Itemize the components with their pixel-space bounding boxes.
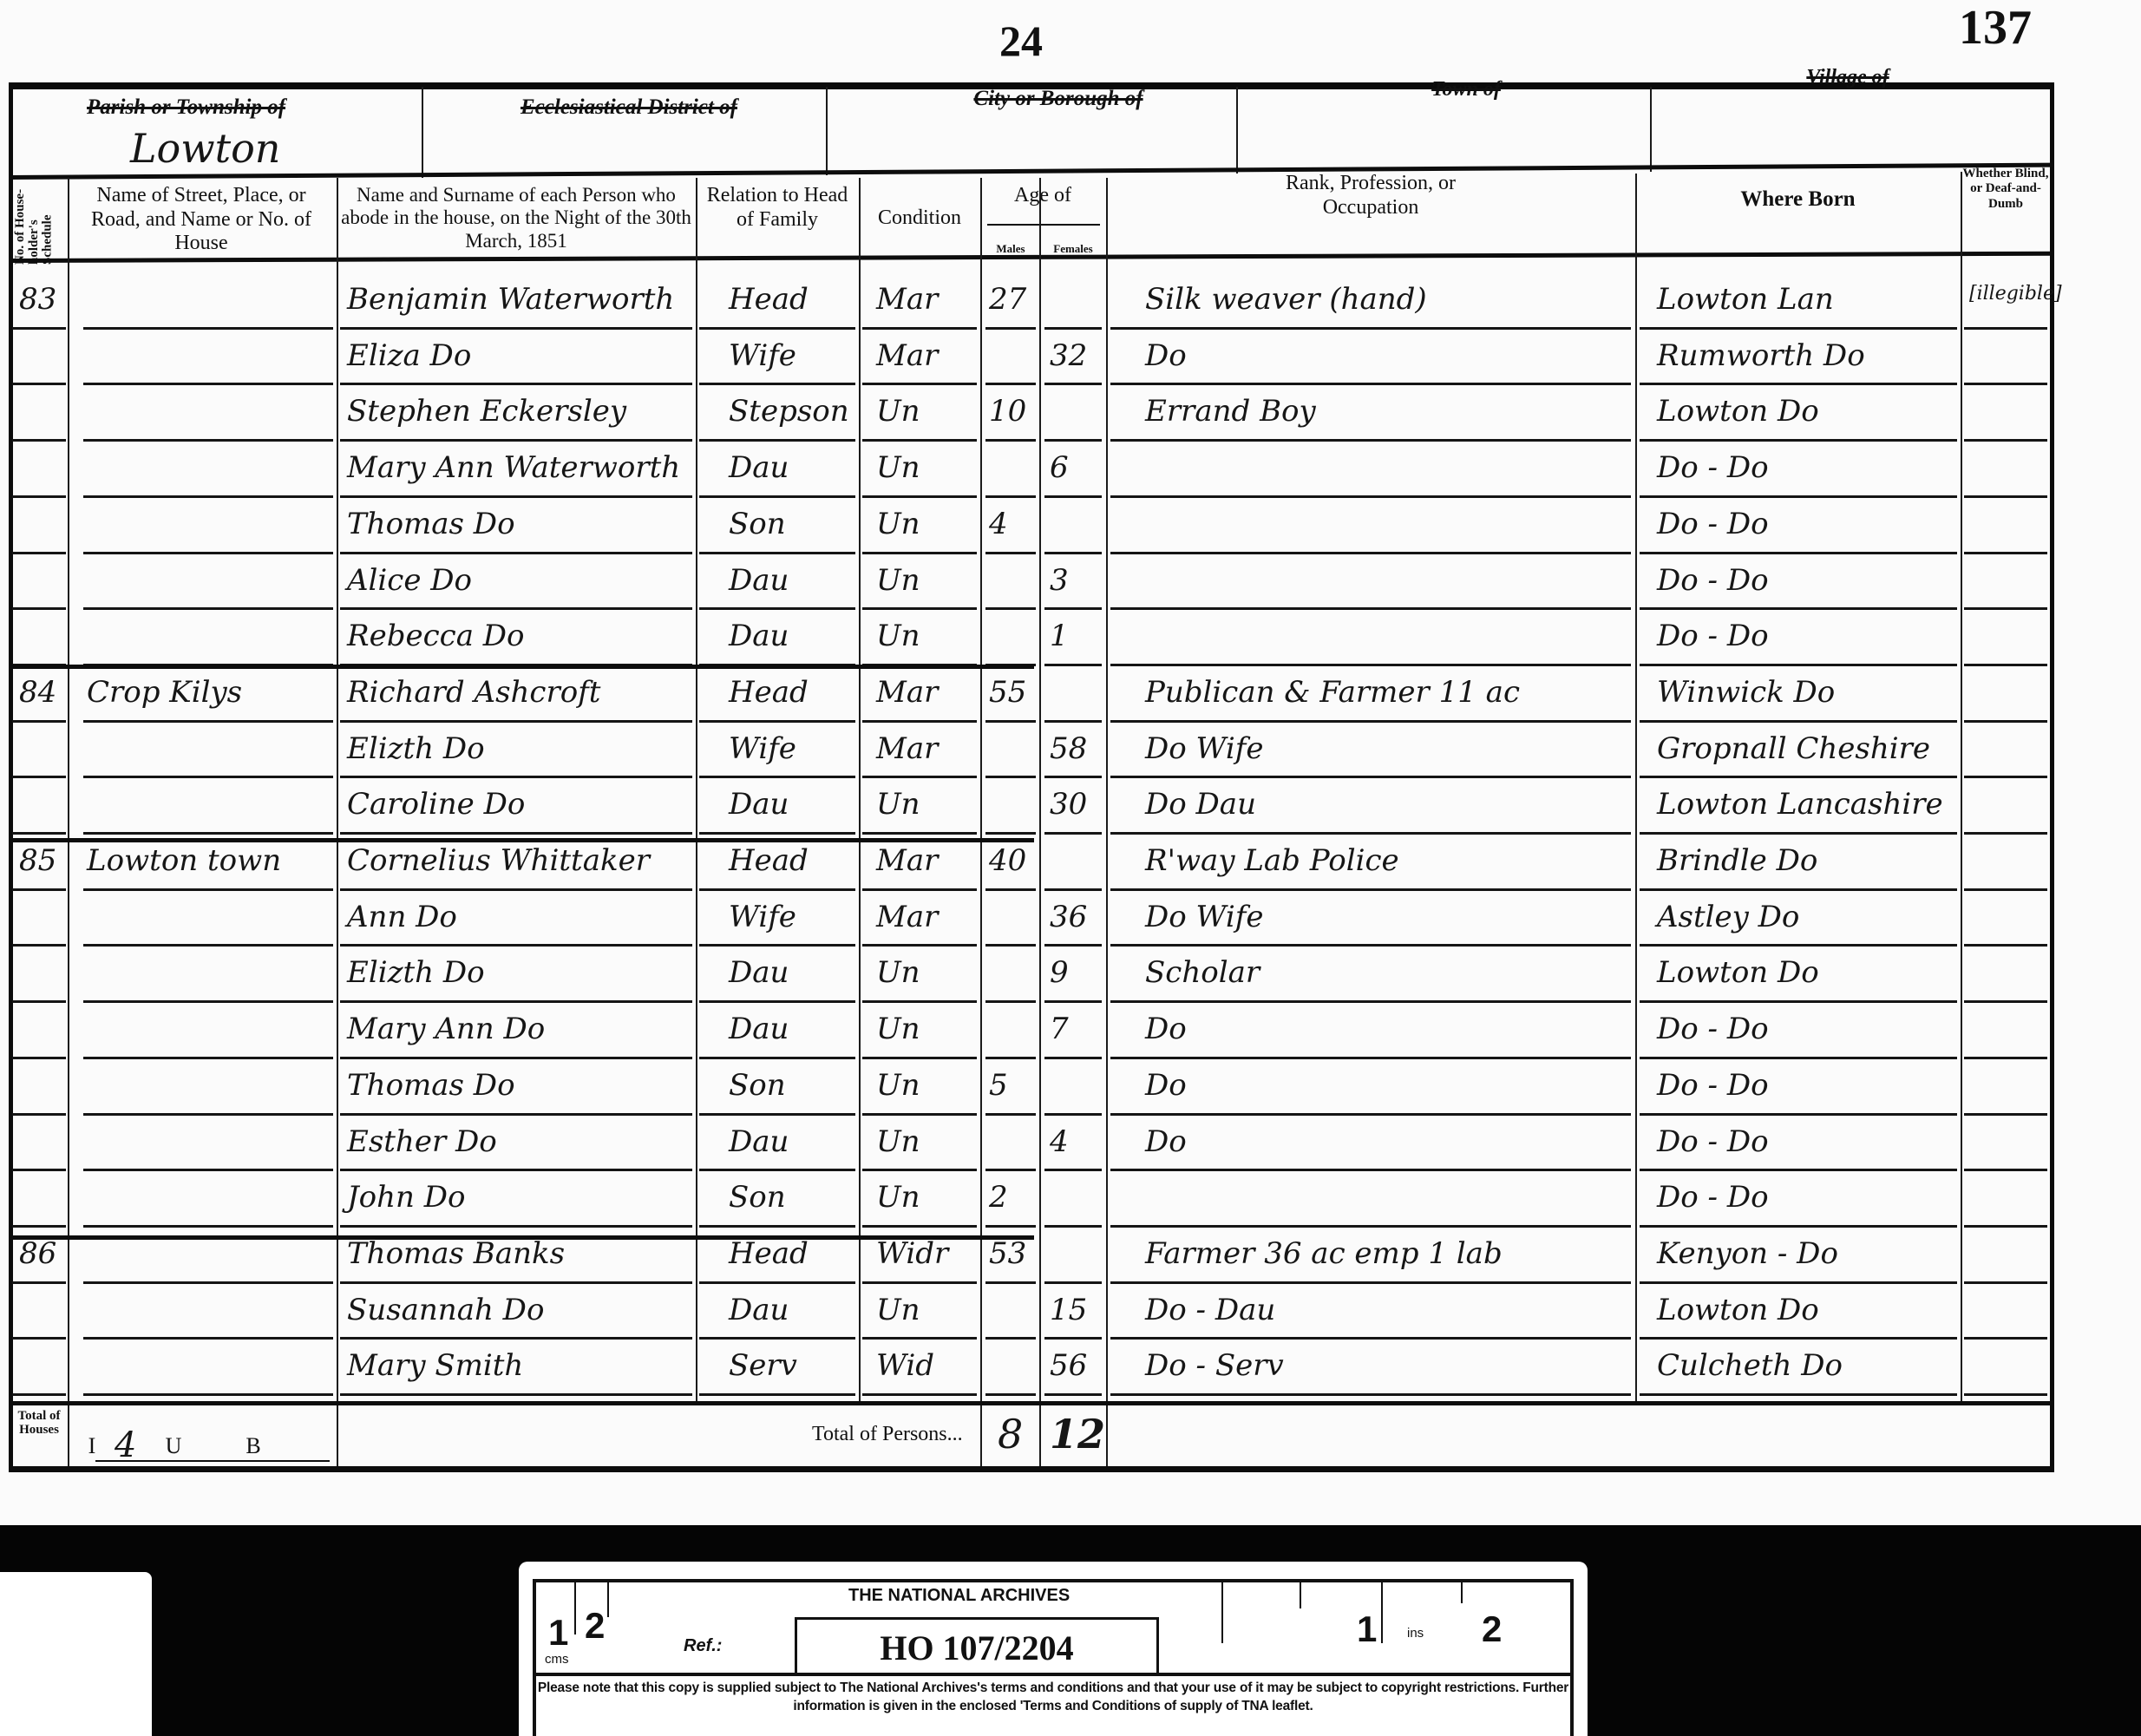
ecclesiastical-label: Ecclesiastical District of xyxy=(486,95,772,121)
condition: Un xyxy=(876,453,920,482)
row-rule xyxy=(862,383,977,385)
ref-label: Ref.: xyxy=(684,1636,722,1656)
row-rule xyxy=(1640,1057,1957,1059)
row-rule xyxy=(985,495,1036,498)
row-rule xyxy=(1964,607,2047,610)
row-rule xyxy=(862,1000,977,1003)
age-male: 40 xyxy=(989,846,1026,875)
row-rule xyxy=(340,1057,692,1059)
row-rule xyxy=(1964,944,2047,947)
row-rule xyxy=(340,1225,692,1228)
occupation: Silk weaver (hand) xyxy=(1145,285,1427,314)
person-name: Cornelius Whittaker xyxy=(347,846,650,875)
row-rule xyxy=(12,1169,66,1171)
person-name: John Do xyxy=(347,1182,465,1212)
condition: Wid xyxy=(876,1351,934,1380)
row-rule xyxy=(83,552,333,554)
row-rule xyxy=(1964,1113,2047,1116)
row-rule xyxy=(699,944,855,947)
occupation: Do - Dau xyxy=(1145,1295,1275,1325)
where-born: Lowton Do xyxy=(1657,958,1819,987)
col-header-relation: Relation to Head of Family xyxy=(699,184,855,232)
row-rule xyxy=(340,888,692,891)
condition: Un xyxy=(876,1127,920,1156)
schedule-number: 86 xyxy=(19,1239,56,1268)
schedule-number: 84 xyxy=(19,678,56,707)
row-rule xyxy=(340,944,692,947)
row-rule xyxy=(1110,552,1631,554)
row-rule xyxy=(1964,664,2047,666)
row-rule xyxy=(1110,383,1631,385)
age-female: 36 xyxy=(1050,902,1087,932)
row-rule xyxy=(1964,832,2047,835)
col-header-street: Name of Street, Place, or Road, and Name… xyxy=(71,184,331,256)
row-rule xyxy=(862,1225,977,1228)
row-rule xyxy=(340,776,692,778)
row-rule xyxy=(83,383,333,385)
age-male: 53 xyxy=(989,1239,1026,1268)
age-female: 6 xyxy=(1050,453,1069,482)
row-rule xyxy=(1110,1225,1631,1228)
row-rule xyxy=(985,944,1036,947)
relation: Son xyxy=(729,1071,786,1100)
age-female: 1 xyxy=(1050,621,1069,651)
row-rule xyxy=(1110,776,1631,778)
row-rule xyxy=(1110,1393,1631,1396)
folio-stamp: 24 xyxy=(999,16,1043,66)
row-rule xyxy=(83,888,333,891)
row-rule xyxy=(862,888,977,891)
row-rule xyxy=(12,1225,66,1228)
street-name: Lowton town xyxy=(87,846,281,875)
copyright-notice: Please note that this copy is supplied s… xyxy=(536,1673,1570,1716)
scale-ins-1: 1 xyxy=(1357,1608,1377,1650)
row-rule xyxy=(1044,439,1102,442)
relation: Head xyxy=(729,1239,809,1268)
row-rule xyxy=(1964,1057,2047,1059)
occupation: Do xyxy=(1145,1071,1187,1100)
row-rule xyxy=(1110,1169,1631,1171)
row-rule xyxy=(985,832,1036,835)
where-born: Lowton Lancashire xyxy=(1657,789,1943,819)
age-female: 56 xyxy=(1050,1351,1087,1380)
row-rule xyxy=(1640,1337,1957,1340)
row-rule xyxy=(1044,1000,1102,1003)
row-rule xyxy=(1640,1225,1957,1228)
row-rule xyxy=(12,1000,66,1003)
where-born: Gropnall Cheshire xyxy=(1657,734,1930,763)
row-rule xyxy=(985,1337,1036,1340)
row-rule xyxy=(12,495,66,498)
relation: Serv xyxy=(729,1351,797,1380)
row-rule xyxy=(340,1281,692,1284)
row-rule xyxy=(12,383,66,385)
relation: Son xyxy=(729,509,786,539)
where-born: Do - Do xyxy=(1657,453,1769,482)
row-rule xyxy=(340,832,692,835)
row-rule xyxy=(1964,552,2047,554)
row-rule xyxy=(340,1337,692,1340)
institution-name: THE NATIONAL ARCHIVES xyxy=(848,1586,1070,1606)
row-rule xyxy=(985,383,1036,385)
row-rule xyxy=(1110,495,1631,498)
relation: Head xyxy=(729,285,809,314)
condition: Mar xyxy=(876,902,938,932)
person-name: Esther Do xyxy=(347,1127,497,1156)
occupation: Do Dau xyxy=(1145,789,1256,819)
row-rule xyxy=(985,1393,1036,1396)
row-rule xyxy=(1044,552,1102,554)
row-rule xyxy=(1964,1281,2047,1284)
condition: Un xyxy=(876,1182,920,1212)
occupation: Do xyxy=(1145,1127,1187,1156)
relation: Dau xyxy=(729,566,789,595)
col-header-schedule: No. of House-holder's Schedule xyxy=(14,187,62,265)
row-rule xyxy=(862,720,977,723)
relation: Dau xyxy=(729,789,789,819)
age-female: 9 xyxy=(1050,958,1069,987)
person-name: Rebecca Do xyxy=(347,621,525,651)
occupation: Do Wife xyxy=(1145,734,1263,763)
row-rule xyxy=(12,607,66,610)
row-rule xyxy=(12,1113,66,1116)
row-rule xyxy=(1110,832,1631,835)
col-header-condition: Condition xyxy=(859,206,980,231)
row-rule xyxy=(83,439,333,442)
row-rule xyxy=(699,1393,855,1396)
row-rule xyxy=(1110,1281,1631,1284)
person-name: Richard Ashcroft xyxy=(347,678,600,707)
row-rule xyxy=(340,439,692,442)
row-rule xyxy=(985,720,1036,723)
schedule-number: 83 xyxy=(19,285,56,314)
occupation: Do xyxy=(1145,1014,1187,1044)
relation: Head xyxy=(729,846,809,875)
where-born: Astley Do xyxy=(1657,902,1799,932)
total-persons-label: Total of Persons... xyxy=(812,1423,985,1447)
row-rule xyxy=(1640,439,1957,442)
street-name: Crop Kilys xyxy=(87,678,242,707)
row-rule xyxy=(699,327,855,330)
person-name: Eliza Do xyxy=(347,341,471,370)
row-rule xyxy=(1044,1281,1102,1284)
row-rule xyxy=(985,888,1036,891)
row-rule xyxy=(12,327,66,330)
where-born: Rumworth Do xyxy=(1657,341,1865,370)
row-rule xyxy=(1640,888,1957,891)
occupation: Do xyxy=(1145,341,1187,370)
row-rule xyxy=(985,1169,1036,1171)
row-rule xyxy=(862,1113,977,1116)
row-rule xyxy=(340,383,692,385)
row-rule xyxy=(699,495,855,498)
row-rule xyxy=(12,944,66,947)
person-name: Elizth Do xyxy=(347,734,485,763)
row-rule xyxy=(862,607,977,610)
age-female: 4 xyxy=(1050,1127,1069,1156)
age-female: 3 xyxy=(1050,566,1069,595)
person-name: Mary Smith xyxy=(347,1351,523,1380)
row-rule xyxy=(862,944,977,947)
relation: Wife xyxy=(729,902,796,932)
schedule-number: 85 xyxy=(19,846,56,875)
age-male: 27 xyxy=(989,285,1026,314)
person-name: Mary Ann Waterworth xyxy=(347,453,680,482)
row-rule xyxy=(1044,383,1102,385)
row-rule xyxy=(12,1393,66,1396)
row-rule xyxy=(699,832,855,835)
row-rule xyxy=(862,495,977,498)
row-rule xyxy=(340,1169,692,1171)
row-rule xyxy=(1044,720,1102,723)
occupation: Do Wife xyxy=(1145,902,1263,932)
col-header-name: Name and Surname of each Person who abod… xyxy=(338,184,694,252)
town-label: Town of xyxy=(1379,78,1553,102)
condition: Mar xyxy=(876,285,938,314)
row-rule xyxy=(1110,327,1631,330)
row-rule xyxy=(1964,888,2047,891)
row-rule xyxy=(83,607,333,610)
blind-deaf-dumb: [illegible] xyxy=(1969,285,2062,304)
age-female: 7 xyxy=(1050,1014,1069,1044)
person-name: Alice Do xyxy=(347,566,472,595)
col-header-age: Age of xyxy=(982,184,1103,208)
row-rule xyxy=(12,1281,66,1284)
row-rule xyxy=(862,776,977,778)
archive-reference-label: 1 cms 2 THE NATIONAL ARCHIVES Ref.: HO 1… xyxy=(519,1562,1588,1736)
row-rule xyxy=(1964,1169,2047,1171)
row-rule xyxy=(340,1393,692,1396)
where-born: Lowton Do xyxy=(1657,396,1819,426)
where-born: Do - Do xyxy=(1657,509,1769,539)
row-rule xyxy=(699,1057,855,1059)
occupation: Farmer 36 ac emp 1 lab xyxy=(1145,1239,1503,1268)
where-born: Lowton Lan xyxy=(1657,285,1834,314)
row-rule xyxy=(985,1113,1036,1116)
row-rule xyxy=(1044,1393,1102,1396)
total-females-value: 12 xyxy=(1050,1414,1105,1454)
row-rule xyxy=(12,776,66,778)
relation: Wife xyxy=(729,341,796,370)
row-rule xyxy=(862,1281,977,1284)
row-rule xyxy=(83,1337,333,1340)
row-rule xyxy=(340,495,692,498)
row-rule xyxy=(1110,944,1631,947)
condition: Mar xyxy=(876,341,938,370)
uninhabited-label: U xyxy=(163,1433,184,1459)
row-rule xyxy=(985,1000,1036,1003)
row-rule xyxy=(985,327,1036,330)
row-rule xyxy=(12,832,66,835)
age-male: 2 xyxy=(989,1182,1008,1212)
relation: Dau xyxy=(729,958,789,987)
row-rule xyxy=(1640,832,1957,835)
scale-ins-2: 2 xyxy=(1482,1608,1502,1650)
row-rule xyxy=(1044,327,1102,330)
condition: Un xyxy=(876,566,920,595)
row-rule xyxy=(83,776,333,778)
col-header-blind: Whether Blind, or Deaf-and-Dumb xyxy=(1962,167,2049,212)
row-rule xyxy=(699,1000,855,1003)
row-rule xyxy=(1110,1000,1631,1003)
row-rule xyxy=(985,1057,1036,1059)
row-rule xyxy=(83,1113,333,1116)
row-rule xyxy=(1044,944,1102,947)
row-rule xyxy=(1044,1337,1102,1340)
row-rule xyxy=(1110,439,1631,442)
row-rule xyxy=(1640,1113,1957,1116)
row-rule xyxy=(12,888,66,891)
row-rule xyxy=(699,1169,855,1171)
relation: Dau xyxy=(729,453,789,482)
where-born: Brindle Do xyxy=(1657,846,1817,875)
where-born: Do - Do xyxy=(1657,1014,1769,1044)
age-female: 30 xyxy=(1050,789,1087,819)
row-rule xyxy=(1640,495,1957,498)
condition: Mar xyxy=(876,734,938,763)
row-rule xyxy=(83,327,333,330)
where-born: Winwick Do xyxy=(1657,678,1835,707)
occupation: R'way Lab Police xyxy=(1145,846,1399,875)
condition: Un xyxy=(876,1071,920,1100)
row-rule xyxy=(1640,1281,1957,1284)
condition: Un xyxy=(876,621,920,651)
row-rule xyxy=(699,607,855,610)
row-rule xyxy=(12,552,66,554)
condition: Un xyxy=(876,789,920,819)
row-rule xyxy=(1640,383,1957,385)
occupation: Scholar xyxy=(1145,958,1260,987)
condition: Widr xyxy=(876,1239,948,1268)
row-rule xyxy=(1044,1113,1102,1116)
row-rule xyxy=(862,552,977,554)
row-rule xyxy=(1044,1169,1102,1171)
row-rule xyxy=(83,495,333,498)
relation: Dau xyxy=(729,1295,789,1325)
age-male: 5 xyxy=(989,1071,1008,1100)
row-rule xyxy=(699,1225,855,1228)
inhabited-label: I xyxy=(83,1433,101,1459)
row-rule xyxy=(699,1337,855,1340)
condition: Un xyxy=(876,509,920,539)
where-born: Do - Do xyxy=(1657,1071,1769,1100)
col-header-occupation: Rank, Profession, or Occupation xyxy=(1249,172,1492,219)
row-rule xyxy=(1640,607,1957,610)
row-rule xyxy=(985,607,1036,610)
row-rule xyxy=(1110,664,1631,666)
row-rule xyxy=(1964,776,2047,778)
page-number: 137 xyxy=(1959,0,2032,56)
row-rule xyxy=(985,776,1036,778)
person-name: Elizth Do xyxy=(347,958,485,987)
age-male: 10 xyxy=(989,396,1026,426)
row-rule xyxy=(1640,1393,1957,1396)
condition: Un xyxy=(876,1295,920,1325)
scan-card-edge xyxy=(0,1572,152,1736)
row-rule xyxy=(1044,607,1102,610)
row-rule xyxy=(1964,383,2047,385)
person-name: Benjamin Waterworth xyxy=(347,285,674,314)
age-male: 55 xyxy=(989,678,1026,707)
row-rule xyxy=(1964,720,2047,723)
row-rule xyxy=(1964,1225,2047,1228)
row-rule xyxy=(1044,1225,1102,1228)
city-label: City or Borough of xyxy=(920,87,1197,112)
row-rule xyxy=(1044,1057,1102,1059)
row-rule xyxy=(1640,327,1957,330)
row-rule xyxy=(83,720,333,723)
condition: Mar xyxy=(876,678,938,707)
row-rule xyxy=(862,1337,977,1340)
person-name: Stephen Eckersley xyxy=(347,396,626,426)
total-males-value: 8 xyxy=(998,1414,1023,1454)
row-rule xyxy=(862,1169,977,1171)
row-rule xyxy=(1044,776,1102,778)
row-rule xyxy=(699,1281,855,1284)
person-name: Ann Do xyxy=(347,902,457,932)
row-rule xyxy=(340,327,692,330)
row-rule xyxy=(83,1225,333,1228)
condition: Un xyxy=(876,958,920,987)
row-rule xyxy=(340,1000,692,1003)
where-born: Kenyon - Do xyxy=(1657,1239,1838,1268)
row-rule xyxy=(1640,944,1957,947)
row-rule xyxy=(699,888,855,891)
relation: Dau xyxy=(729,621,789,651)
where-born: Do - Do xyxy=(1657,566,1769,595)
row-rule xyxy=(83,944,333,947)
row-rule xyxy=(83,1000,333,1003)
row-rule xyxy=(699,1113,855,1116)
parish-label: Parish or Township of xyxy=(87,95,364,121)
row-rule xyxy=(83,832,333,835)
relation: Son xyxy=(729,1182,786,1212)
row-rule xyxy=(862,327,977,330)
parish-value: Lowton xyxy=(130,128,280,168)
row-rule xyxy=(862,1057,977,1059)
col-header-males: Males xyxy=(982,243,1039,256)
row-rule xyxy=(1044,832,1102,835)
where-born: Culcheth Do xyxy=(1657,1351,1843,1380)
row-rule xyxy=(1640,1000,1957,1003)
person-name: Thomas Do xyxy=(347,509,515,539)
where-born: Do - Do xyxy=(1657,1127,1769,1156)
scale-cms-2: 2 xyxy=(585,1605,605,1647)
relation: Wife xyxy=(729,734,796,763)
row-rule xyxy=(1110,1337,1631,1340)
row-rule xyxy=(699,776,855,778)
row-rule xyxy=(340,1113,692,1116)
col-header-born: Where Born xyxy=(1635,187,1961,213)
row-rule xyxy=(985,552,1036,554)
row-rule xyxy=(12,439,66,442)
building-label: B xyxy=(243,1433,264,1459)
condition: Un xyxy=(876,1014,920,1044)
row-rule xyxy=(83,1057,333,1059)
occupation: Do - Serv xyxy=(1145,1351,1284,1380)
row-rule xyxy=(1044,888,1102,891)
condition: Un xyxy=(876,396,920,426)
row-rule xyxy=(1110,888,1631,891)
relation: Dau xyxy=(729,1014,789,1044)
row-rule xyxy=(985,1281,1036,1284)
condition: Mar xyxy=(876,846,938,875)
row-rule xyxy=(1640,720,1957,723)
scale-cms-1: 1 xyxy=(548,1612,568,1654)
row-rule xyxy=(12,720,66,723)
row-rule xyxy=(1110,1113,1631,1116)
where-born: Lowton Do xyxy=(1657,1295,1819,1325)
